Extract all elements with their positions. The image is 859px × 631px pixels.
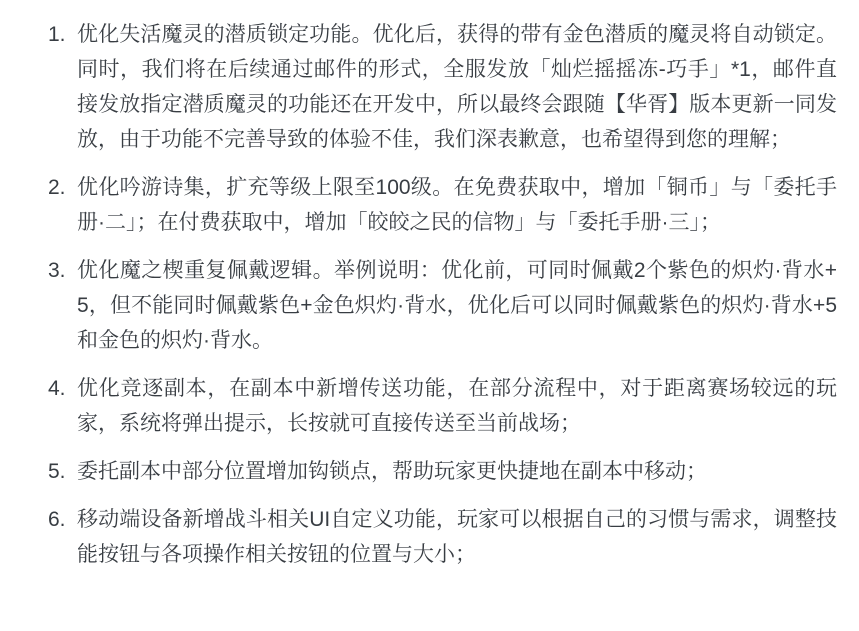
list-item-number: 5. <box>48 454 77 489</box>
list-item-number: 3. <box>48 253 77 288</box>
list-item-number: 6. <box>48 502 77 537</box>
list-item: 1. 优化失活魔灵的潜质锁定功能。优化后，获得的带有金色潜质的魔灵将自动锁定。同… <box>48 17 837 157</box>
list-item-number: 1. <box>48 17 77 52</box>
list-item-number: 4. <box>48 371 77 406</box>
list-item-text: 优化竞逐副本，在副本中新增传送功能，在部分流程中，对于距离赛场较远的玩家，系统将… <box>77 371 837 441</box>
list-item: 4. 优化竞逐副本，在副本中新增传送功能，在部分流程中，对于距离赛场较远的玩家，… <box>48 371 837 441</box>
list-item-text: 移动端设备新增战斗相关UI自定义功能，玩家可以根据自己的习惯与需求，调整技能按钮… <box>77 502 837 572</box>
list-item-text: 优化失活魔灵的潜质锁定功能。优化后，获得的带有金色潜质的魔灵将自动锁定。同时，我… <box>77 17 837 157</box>
list-item-text: 优化吟游诗集，扩充等级上限至100级。在免费获取中，增加「铜币」与「委托手册·二… <box>77 170 837 240</box>
list-item: 6. 移动端设备新增战斗相关UI自定义功能，玩家可以根据自己的习惯与需求，调整技… <box>48 502 837 572</box>
list-item: 5. 委托副本中部分位置增加钩锁点，帮助玩家更快捷地在副本中移动； <box>48 454 837 489</box>
list-item: 2. 优化吟游诗集，扩充等级上限至100级。在免费获取中，增加「铜币」与「委托手… <box>48 170 837 240</box>
patch-notes-document: 1. 优化失活魔灵的潜质锁定功能。优化后，获得的带有金色潜质的魔灵将自动锁定。同… <box>0 0 859 572</box>
list-item: 3. 优化魔之楔重复佩戴逻辑。举例说明：优化前，可同时佩戴2个紫色的炽灼·背水+… <box>48 253 837 358</box>
list-item-text: 优化魔之楔重复佩戴逻辑。举例说明：优化前，可同时佩戴2个紫色的炽灼·背水+5，但… <box>77 253 837 358</box>
list-item-number: 2. <box>48 170 77 205</box>
list-item-text: 委托副本中部分位置增加钩锁点，帮助玩家更快捷地在副本中移动； <box>77 454 837 489</box>
